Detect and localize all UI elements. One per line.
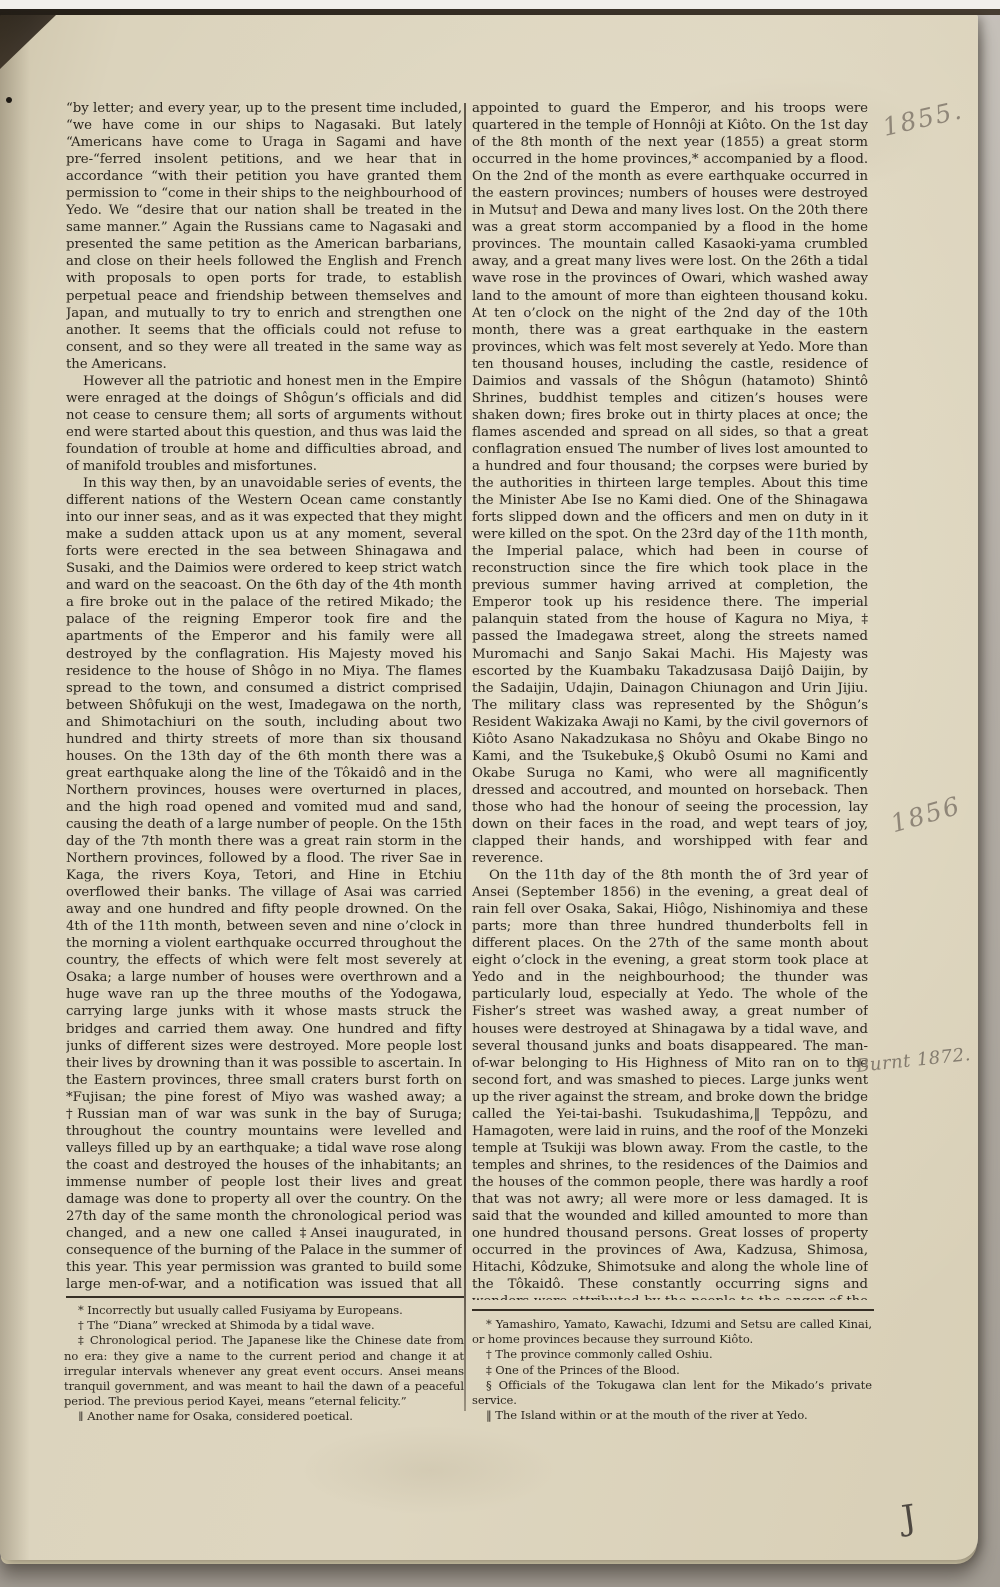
footnote: † The “Diana” wrecked at Shimoda by a ti…: [64, 1318, 464, 1333]
footnote-rule-left: [66, 1296, 464, 1298]
footnote: * Yamashiro, Yamato, Kawachi, Idzumi and…: [472, 1317, 872, 1347]
footnote: ‖ Another name for Osaka, considered poe…: [64, 1409, 464, 1421]
footnote: † The province commonly called Oshiu.: [472, 1347, 872, 1362]
ink-spot: [6, 97, 12, 103]
text-paragraph: On the 11th day of the 8th month the of …: [472, 867, 868, 1300]
text-paragraph: appointed to guard the Emperor, and his …: [472, 100, 868, 867]
footnote: * Incorrectly but usually called Fusiyam…: [64, 1303, 464, 1318]
text-paragraph: “by letter; and every year, up to the pr…: [66, 100, 462, 373]
column-divider-rule: [464, 103, 466, 1411]
adjacent-page-edge: [0, 0, 1000, 9]
footnote-rule-right: [472, 1309, 874, 1311]
footnote: ‡ One of the Princes of the Blood.: [472, 1363, 872, 1378]
book-page-photo: “by letter; and every year, up to the pr…: [0, 0, 1000, 1587]
right-text-column: appointed to guard the Emperor, and his …: [472, 100, 868, 1300]
left-footnotes: * Incorrectly but usually called Fusiyam…: [64, 1303, 464, 1421]
gutter-shadow: [0, 15, 30, 1560]
footnote: ‖ The Island within or at the mouth of t…: [472, 1408, 872, 1423]
right-footnotes: * Yamashiro, Yamato, Kawachi, Idzumi and…: [472, 1317, 872, 1425]
left-text-column: “by letter; and every year, up to the pr…: [66, 100, 462, 1292]
text-paragraph: However all the patriotic and honest men…: [66, 373, 462, 475]
paper-stain: [300, 1425, 560, 1515]
text-paragraph: In this way then, by an unavoidable seri…: [66, 475, 462, 1292]
footnote: § Officials of the Tokugawa clan lent fo…: [472, 1378, 872, 1408]
footnote: ‡ Chronological period. The Japanese lik…: [64, 1333, 464, 1409]
